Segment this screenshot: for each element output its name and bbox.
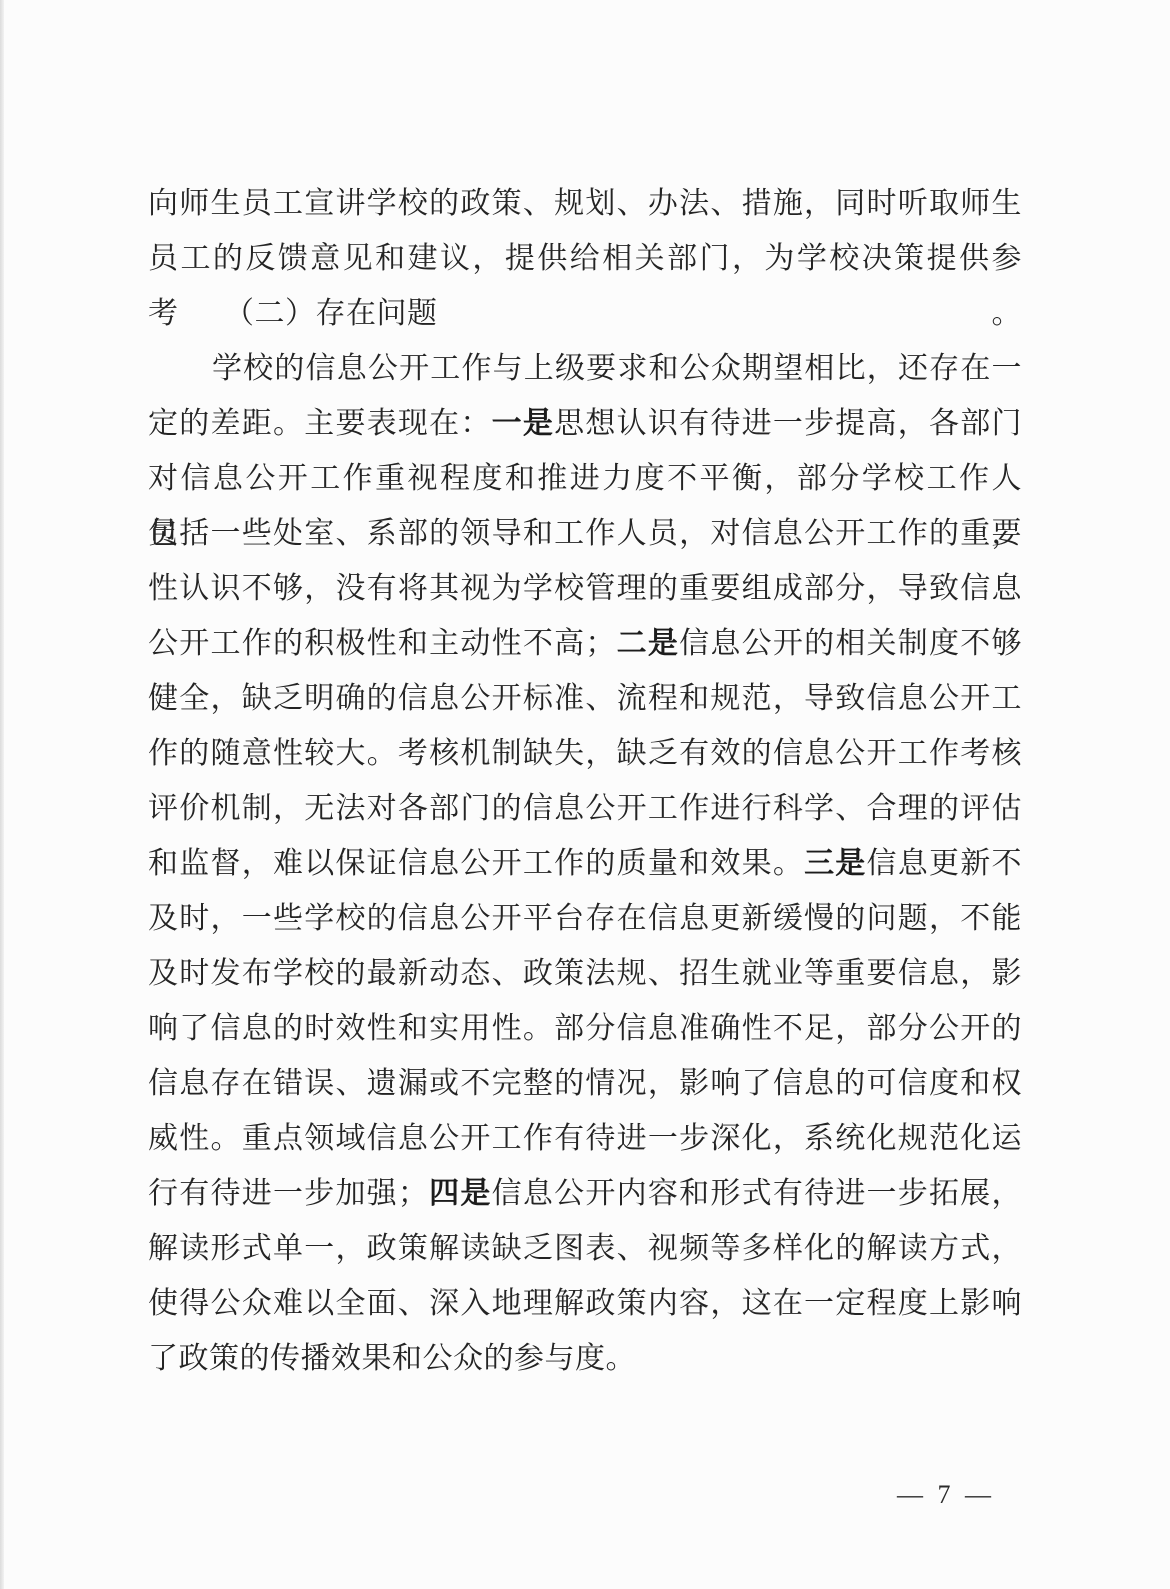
text-segment: 包括一些处室、系部的领导和工作人员，对信息公开工作的重要 [148, 517, 1022, 550]
text-line: 行有待进一步加强；四是信息公开内容和形式有待进一步拓展， [148, 1166, 1022, 1221]
text-line: 威性。重点领域信息公开工作有待进一步深化，系统化规范化运 [148, 1111, 1022, 1166]
text-line: 员工的反馈意见和建议，提供给相关部门，为学校决策提供参考。 [148, 231, 1022, 286]
text-line: 作的随意性较大。考核机制缺失，缺乏有效的信息公开工作考核 [148, 726, 1022, 781]
text-line: 及时，一些学校的信息公开平台存在信息更新缓慢的问题，不能 [148, 891, 1022, 946]
text-segment: 公开工作的积极性和主动性不高； [148, 627, 616, 660]
text-segment: 学校的信息公开工作与上级要求和公众期望相比，还存在一 [212, 352, 1022, 385]
text-line: 健全，缺乏明确的信息公开标准、流程和规范，导致信息公开工 [148, 671, 1022, 726]
emphasis-marker: 四是 [428, 1177, 491, 1210]
text-line: 信息存在错误、遗漏或不完整的情况，影响了信息的可信度和权 [148, 1056, 1022, 1111]
emphasis-marker: 一是 [492, 407, 554, 440]
text-line: 向师生员工宣讲学校的政策、规划、办法、措施，同时听取师生 [148, 176, 1022, 231]
page-number: — 7 — [897, 1480, 995, 1510]
document-page: 向师生员工宣讲学校的政策、规划、办法、措施，同时听取师生员工的反馈意见和建议，提… [0, 0, 1170, 1589]
text-segment: 性认识不够，没有将其视为学校管理的重要组成部分，导致信息 [148, 572, 1022, 605]
text-segment: 及时，一些学校的信息公开平台存在信息更新缓慢的问题，不能 [148, 902, 1022, 935]
text-segment: 作的随意性较大。考核机制缺失，缺乏有效的信息公开工作考核 [148, 737, 1022, 770]
document-body: 向师生员工宣讲学校的政策、规划、办法、措施，同时听取师生员工的反馈意见和建议，提… [148, 176, 1022, 1386]
text-segment: 思想认识有待进一步提高，各部门 [554, 407, 1022, 440]
text-line: 包括一些处室、系部的领导和工作人员，对信息公开工作的重要 [148, 506, 1022, 561]
text-line: 学校的信息公开工作与上级要求和公众期望相比，还存在一 [148, 341, 1022, 396]
text-segment: 行有待进一步加强； [148, 1177, 428, 1210]
text-line: 及时发布学校的最新动态、政策法规、招生就业等重要信息，影 [148, 946, 1022, 1001]
text-segment: 及时发布学校的最新动态、政策法规、招生就业等重要信息，影 [148, 957, 1022, 990]
text-segment: 信息公开内容和形式有待进一步拓展， [492, 1177, 1022, 1210]
text-segment: 定的差距。主要表现在： [148, 407, 492, 440]
text-segment: 评价机制，无法对各部门的信息公开工作进行科学、合理的评估 [148, 792, 1022, 825]
text-segment: 使得公众难以全面、深入地理解政策内容，这在一定程度上影响 [148, 1287, 1022, 1320]
text-line: 解读形式单一，政策解读缺乏图表、视频等多样化的解读方式， [148, 1221, 1022, 1276]
text-segment: 信息更新不 [867, 847, 1022, 880]
emphasis-marker: 三是 [804, 847, 866, 880]
emphasis-marker: 二是 [616, 627, 679, 660]
scan-edge-shadow [0, 0, 4, 1589]
text-segment: 信息公开的相关制度不够 [679, 627, 1022, 660]
text-line: 使得公众难以全面、深入地理解政策内容，这在一定程度上影响 [148, 1276, 1022, 1331]
text-line: 评价机制，无法对各部门的信息公开工作进行科学、合理的评估 [148, 781, 1022, 836]
text-segment: 解读形式单一，政策解读缺乏图表、视频等多样化的解读方式， [148, 1232, 1022, 1265]
text-segment: （二）存在问题 [224, 297, 438, 330]
text-line: 和监督，难以保证信息公开工作的质量和效果。三是信息更新不 [148, 836, 1022, 891]
text-line: 公开工作的积极性和主动性不高；二是信息公开的相关制度不够 [148, 616, 1022, 671]
text-line: 了政策的传播效果和公众的参与度。 [148, 1331, 1022, 1386]
text-line: 定的差距。主要表现在：一是思想认识有待进一步提高，各部门 [148, 396, 1022, 451]
text-segment: 威性。重点领域信息公开工作有待进一步深化，系统化规范化运 [148, 1122, 1022, 1155]
text-line: 响了信息的时效性和实用性。部分信息准确性不足，部分公开的 [148, 1001, 1022, 1056]
text-segment: 和监督，难以保证信息公开工作的质量和效果。 [148, 847, 804, 880]
text-line: 对信息公开工作重视程度和推进力度不平衡，部分学校工作人员， [148, 451, 1022, 506]
text-segment: 信息存在错误、遗漏或不完整的情况，影响了信息的可信度和权 [148, 1067, 1022, 1100]
text-segment: 向师生员工宣讲学校的政策、规划、办法、措施，同时听取师生 [148, 187, 1022, 220]
text-segment: 了政策的传播效果和公众的参与度。 [148, 1342, 636, 1375]
text-segment: 健全，缺乏明确的信息公开标准、流程和规范，导致信息公开工 [148, 682, 1022, 715]
text-segment: 响了信息的时效性和实用性。部分信息准确性不足，部分公开的 [148, 1012, 1022, 1045]
text-line: 性认识不够，没有将其视为学校管理的重要组成部分，导致信息 [148, 561, 1022, 616]
